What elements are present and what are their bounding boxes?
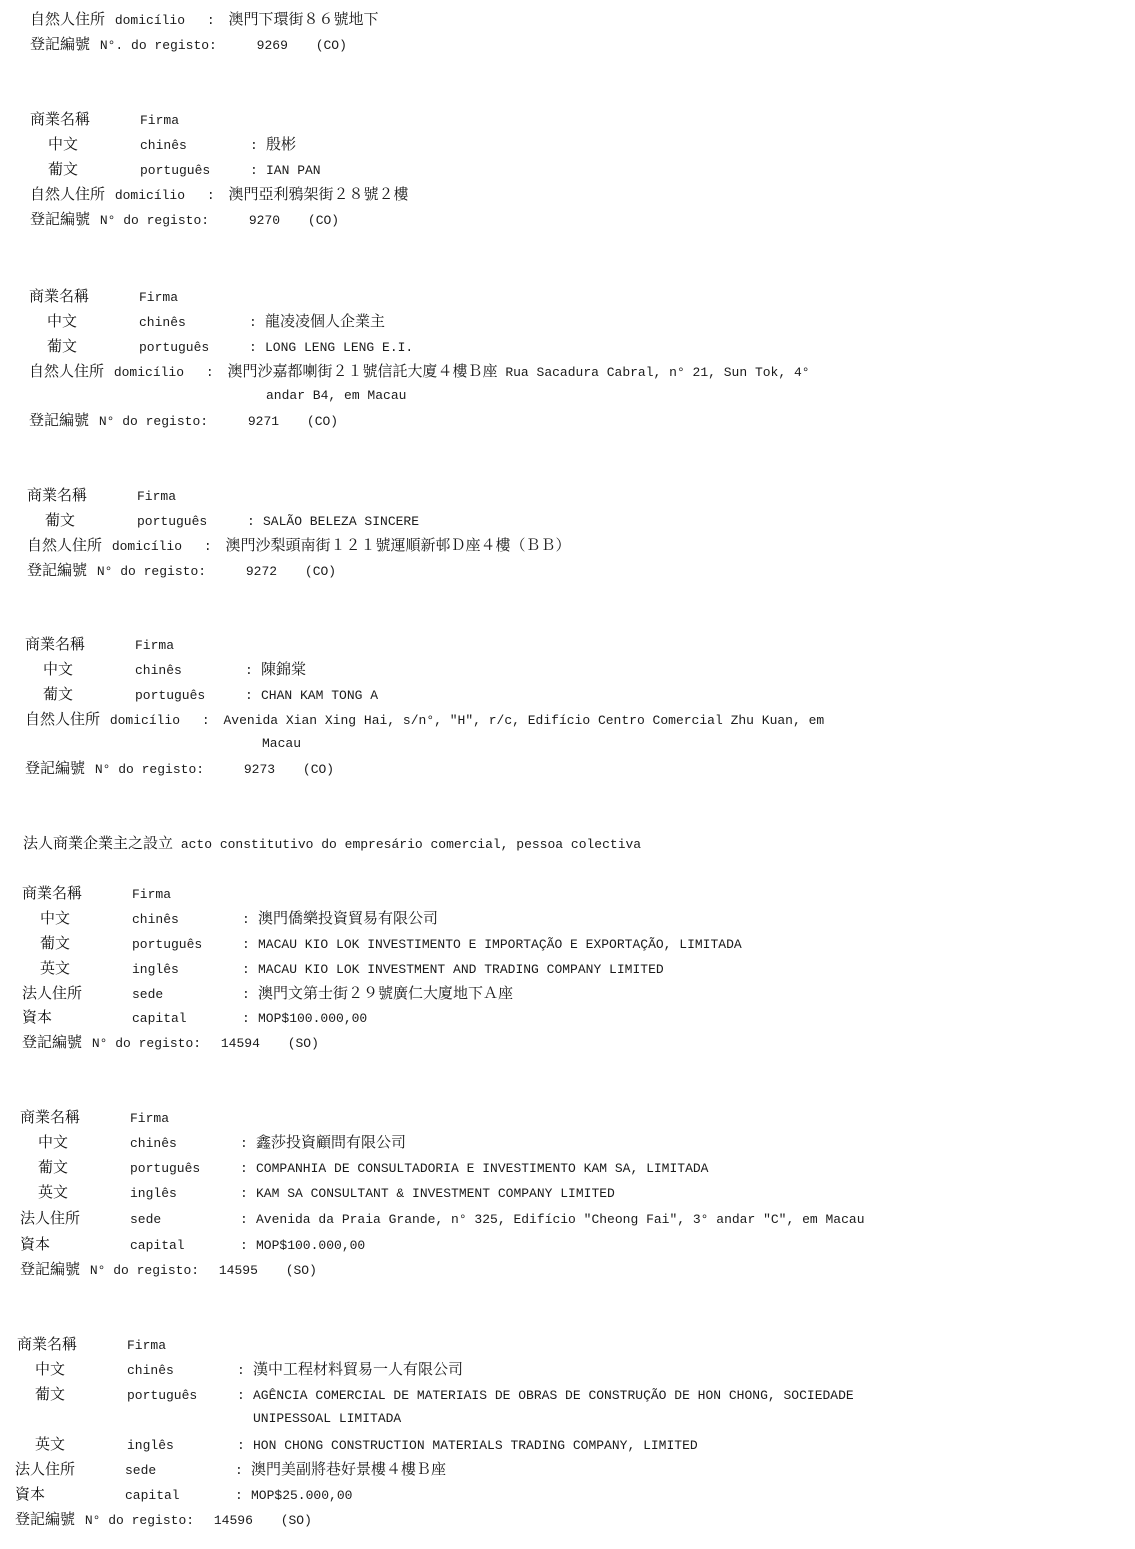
portugues-label-zh: 葡文 — [22, 934, 132, 952]
separator: : — [206, 365, 214, 380]
registo-number: 14596 — [214, 1513, 253, 1528]
ingles-row: 英文inglês:KAM SA CONSULTANT & INVESTMENT … — [20, 1183, 615, 1203]
chines-label-zh: 中文 — [29, 312, 139, 330]
section-heading: 法人商業企業主之設立 acto constitutivo do empresár… — [23, 834, 641, 854]
sede-label-zh: 法人住所 — [22, 984, 132, 1002]
capital-row: 資本capital:MOP$25.000,00 — [15, 1485, 352, 1505]
separator: : — [249, 314, 265, 332]
portugues-label-zh: 葡文 — [30, 160, 140, 178]
domicilio-label-zh: 自然人住所 — [29, 362, 104, 380]
registo-number: 14595 — [219, 1263, 258, 1278]
portugues-label-pt: português — [137, 513, 247, 531]
registo-label-pt: N° do registo: — [100, 213, 209, 228]
chines-label-zh: 中文 — [17, 1360, 127, 1378]
separator: : — [250, 162, 266, 180]
domicilio-label-pt: domicílio — [115, 188, 185, 203]
ingles-label-zh: 英文 — [22, 959, 132, 977]
registo-type: (SO) — [281, 1513, 312, 1528]
portugues-value: COMPANHIA DE CONSULTADORIA E INVESTIMENT… — [256, 1161, 708, 1176]
registo-type: (CO) — [305, 564, 336, 579]
firma-label-zh: 商業名稱 — [29, 287, 139, 305]
domicilio-label-zh: 自然人住所 — [30, 10, 105, 28]
ingles-value: MACAU KIO LOK INVESTMENT AND TRADING COM… — [258, 962, 664, 977]
registo-label-pt: N° do registo: — [95, 762, 204, 777]
firma-label-pt: Firma — [132, 887, 171, 902]
domicilio-value: 澳門下環街８６號地下 — [228, 10, 378, 28]
portugues-row: 葡文português:MACAU KIO LOK INVESTIMENTO E… — [22, 934, 742, 954]
chines-label-pt: chinês — [139, 314, 249, 332]
portugues-label-pt: português — [127, 1387, 237, 1405]
registo-row: 登記編號 N°. do registo: 9269 (CO) — [30, 35, 347, 55]
firma-label-zh: 商業名稱 — [22, 884, 132, 902]
portugues-label-zh: 葡文 — [25, 685, 135, 703]
registo-number: 9273 — [244, 762, 275, 777]
registo-label-zh: 登記編號 — [29, 411, 89, 429]
firma-label-pt: Firma — [135, 638, 174, 653]
chines-row: 中文chinês:龍凌凌個人企業主 — [29, 312, 385, 332]
sede-value: 澳門文第士街２９號廣仁大廈地下Ａ座 — [258, 984, 513, 1002]
sede-row: 法人住所sede:澳門美副將巷好景樓４樓Ｂ座 — [15, 1460, 446, 1480]
ingles-value: KAM SA CONSULTANT & INVESTMENT COMPANY L… — [256, 1186, 615, 1201]
separator: : — [207, 188, 215, 203]
domicilio-value-zh: 澳門沙嘉都喇街２１號信託大廈４樓Ｂ座 — [227, 362, 497, 380]
portugues-label-zh: 葡文 — [20, 1158, 130, 1176]
portugues-value: CHAN KAM TONG A — [261, 688, 378, 703]
ingles-label-pt: inglês — [127, 1437, 237, 1455]
capital-value: MOP$100.000,00 — [256, 1238, 365, 1253]
firma-row: 商業名稱Firma — [27, 486, 176, 506]
registo-number: 9272 — [246, 564, 277, 579]
portugues-row: 葡文português:IAN PAN — [30, 160, 321, 180]
registo-label-pt: N° do registo: — [85, 1513, 194, 1528]
registo-type: (CO) — [307, 414, 338, 429]
firma-row: 商業名稱Firma — [22, 884, 171, 904]
chines-row: 中文chinês:漢中工程材料貿易一人有限公司 — [17, 1360, 463, 1380]
portugues-row: 葡文português:LONG LENG LENG E.I. — [29, 337, 413, 357]
registo-label-pt: N° do registo: — [99, 414, 208, 429]
separator: : — [204, 539, 212, 554]
domicilio-value: Avenida Xian Xing Hai, s/n°, "H", r/c, E… — [223, 713, 824, 728]
chines-label-pt: chinês — [140, 137, 250, 155]
portugues-label-pt: português — [132, 936, 242, 954]
sede-label-pt: sede — [130, 1211, 240, 1229]
ingles-label-pt: inglês — [132, 961, 242, 979]
sede-label-pt: sede — [125, 1462, 235, 1480]
domicilio-label-pt: domicílio — [112, 539, 182, 554]
separator: : — [202, 713, 210, 728]
domicilio-value-pt: Rua Sacadura Cabral, n° 21, Sun Tok, 4° — [505, 365, 809, 380]
separator: : — [249, 339, 265, 357]
registo-number: 9270 — [249, 213, 280, 228]
registo-type: (CO) — [308, 213, 339, 228]
separator: : — [245, 687, 261, 705]
separator: : — [240, 1237, 256, 1255]
separator: : — [237, 1362, 253, 1380]
ingles-row: 英文inglês:MACAU KIO LOK INVESTMENT AND TR… — [22, 959, 664, 979]
registo-label-pt: N° do registo: — [90, 1263, 199, 1278]
registo-label-zh: 登記編號 — [30, 210, 90, 228]
chines-label-zh: 中文 — [30, 135, 140, 153]
portugues-value: AGÊNCIA COMERCIAL DE MATERIAIS DE OBRAS … — [253, 1388, 854, 1403]
ingles-label-zh: 英文 — [17, 1435, 127, 1453]
registo-type: (CO) — [316, 38, 347, 53]
registo-number: 9271 — [248, 414, 279, 429]
chines-value: 龍凌凌個人企業主 — [265, 312, 385, 330]
registo-row: 登記編號 N° do registo: 14595 (SO) — [20, 1260, 317, 1280]
chines-label-pt: chinês — [127, 1362, 237, 1380]
registo-type: (CO) — [303, 762, 334, 777]
domicilio-row: 自然人住所 domicílio : 澳門沙嘉都喇街２１號信託大廈４樓Ｂ座 Rua… — [29, 362, 810, 382]
domicilio-label-zh: 自然人住所 — [30, 185, 105, 203]
domicilio-label-pt: domicílio — [114, 365, 184, 380]
registo-row: 登記編號 N° do registo: 9273 (CO) — [25, 759, 334, 779]
domicilio-label-pt: domicílio — [115, 13, 185, 28]
domicilio-continuation: Macau — [262, 735, 301, 753]
domicilio-label-zh: 自然人住所 — [27, 536, 102, 554]
portugues-value: SALÃO BELEZA SINCERE — [263, 514, 419, 529]
firma-row: 商業名稱Firma — [30, 110, 179, 130]
portugues-value: MACAU KIO LOK INVESTIMENTO E IMPORTAÇÃO … — [258, 937, 742, 952]
portugues-label-zh: 葡文 — [29, 337, 139, 355]
firma-row: 商業名稱Firma — [29, 287, 178, 307]
sede-row: 法人住所sede:Avenida da Praia Grande, n° 325… — [20, 1209, 865, 1229]
firma-label-zh: 商業名稱 — [20, 1108, 130, 1126]
sede-value: 澳門美副將巷好景樓４樓Ｂ座 — [251, 1460, 446, 1478]
registo-row: 登記編號 N° do registo: 14594 (SO) — [22, 1033, 319, 1053]
domicilio-label-pt: domicílio — [110, 713, 180, 728]
firma-label-pt: Firma — [137, 489, 176, 504]
separator: : — [237, 1437, 253, 1455]
ingles-row: 英文inglês:HON CHONG CONSTRUCTION MATERIAL… — [17, 1435, 698, 1455]
chines-value: 殷彬 — [266, 135, 296, 153]
registo-type: (SO) — [288, 1036, 319, 1051]
firma-label-zh: 商業名稱 — [27, 486, 137, 504]
portugues-row: 葡文português:SALÃO BELEZA SINCERE — [27, 511, 419, 531]
registo-row: 登記編號 N° do registo: 9272 (CO) — [27, 561, 336, 581]
firma-row: 商業名稱Firma — [17, 1335, 166, 1355]
separator: : — [240, 1135, 256, 1153]
separator: : — [245, 662, 261, 680]
chines-row: 中文chinês:陳錦棠 — [25, 660, 306, 680]
firma-label-pt: Firma — [140, 113, 179, 128]
portugues-label-pt: português — [135, 687, 245, 705]
domicilio-value: 澳門亞利鴉架街２８號２樓 — [228, 185, 408, 203]
portugues-value: IAN PAN — [266, 163, 321, 178]
chines-label-zh: 中文 — [25, 660, 135, 678]
registo-row: 登記編號 N° do registo: 14596 (SO) — [15, 1510, 312, 1530]
chines-label-zh: 中文 — [20, 1133, 130, 1151]
capital-label-pt: capital — [125, 1487, 235, 1505]
portugues-row: 葡文português:CHAN KAM TONG A — [25, 685, 378, 705]
portugues-label-pt: português — [139, 339, 249, 357]
separator: : — [242, 911, 258, 929]
registo-label-zh: 登記編號 — [25, 759, 85, 777]
capital-label-pt: capital — [132, 1010, 242, 1028]
registo-label-pt: N°. do registo: — [100, 38, 217, 53]
registo-label-zh: 登記編號 — [22, 1033, 82, 1051]
domicilio-continuation: andar B4, em Macau — [266, 387, 406, 405]
registo-row: 登記編號 N° do registo: 9271 (CO) — [29, 411, 338, 431]
chines-label-pt: chinês — [132, 911, 242, 929]
chines-label-pt: chinês — [130, 1135, 240, 1153]
separator: : — [250, 137, 266, 155]
separator: : — [235, 1487, 251, 1505]
capital-label-pt: capital — [130, 1237, 240, 1255]
portugues-row: 葡文português:COMPANHIA DE CONSULTADORIA E… — [20, 1158, 708, 1178]
separator: : — [242, 1010, 258, 1028]
chines-row: 中文chinês:澳門僑樂投資貿易有限公司 — [22, 909, 438, 929]
separator: : — [237, 1387, 253, 1405]
registo-label-zh: 登記編號 — [27, 561, 87, 579]
portugues-label-zh: 葡文 — [17, 1385, 127, 1403]
portugues-label-zh: 葡文 — [27, 511, 137, 529]
domicilio-row: 自然人住所 domicílio : 澳門亞利鴉架街２８號２樓 — [30, 185, 409, 205]
capital-value: MOP$25.000,00 — [251, 1488, 352, 1503]
separator: : — [240, 1211, 256, 1229]
capital-label-zh: 資本 — [22, 1008, 132, 1026]
chines-label-zh: 中文 — [22, 909, 132, 927]
firma-label-zh: 商業名稱 — [30, 110, 140, 128]
domicilio-row: 自然人住所 domicílio : 澳門下環街８６號地下 — [30, 10, 379, 30]
separator: : — [240, 1160, 256, 1178]
firma-label-pt: Firma — [130, 1111, 169, 1126]
capital-row: 資本capital:MOP$100.000,00 — [20, 1235, 365, 1255]
chines-label-pt: chinês — [135, 662, 245, 680]
section-heading-zh: 法人商業企業主之設立 — [23, 834, 173, 852]
chines-value: 澳門僑樂投資貿易有限公司 — [258, 909, 438, 927]
firma-label-pt: Firma — [127, 1338, 166, 1353]
firma-row: 商業名稱Firma — [25, 635, 174, 655]
registo-label-pt: N° do registo: — [97, 564, 206, 579]
registo-type: (SO) — [286, 1263, 317, 1278]
firma-label-pt: Firma — [139, 290, 178, 305]
firma-label-zh: 商業名稱 — [17, 1335, 127, 1353]
ingles-value: HON CHONG CONSTRUCTION MATERIALS TRADING… — [253, 1438, 698, 1453]
sede-label-zh: 法人住所 — [15, 1460, 125, 1478]
portugues-label-pt: português — [130, 1160, 240, 1178]
separator: : — [235, 1462, 251, 1480]
chines-value: 陳錦棠 — [261, 660, 306, 678]
ingles-label-pt: inglês — [130, 1185, 240, 1203]
domicilio-row: 自然人住所 domicílio : 澳門沙梨頭南街１２１號運順新邨Ｄ座４樓（ＢＢ… — [27, 536, 571, 556]
capital-label-zh: 資本 — [15, 1485, 125, 1503]
chines-value: 漢中工程材料貿易一人有限公司 — [253, 1360, 463, 1378]
registo-row: 登記編號 N° do registo: 9270 (CO) — [30, 210, 339, 230]
separator: : — [240, 1185, 256, 1203]
separator: : — [242, 936, 258, 954]
chines-row: 中文chinês:殷彬 — [30, 135, 296, 155]
chines-row: 中文chinês:鑫莎投資顧問有限公司 — [20, 1133, 406, 1153]
domicilio-value: 澳門沙梨頭南街１２１號運順新邨Ｄ座４樓（ＢＢ） — [225, 536, 570, 554]
sede-value: Avenida da Praia Grande, n° 325, Edifíci… — [256, 1212, 865, 1227]
sede-row: 法人住所sede:澳門文第士街２９號廣仁大廈地下Ａ座 — [22, 984, 513, 1004]
capital-label-zh: 資本 — [20, 1235, 130, 1253]
capital-value: MOP$100.000,00 — [258, 1011, 367, 1026]
ingles-label-zh: 英文 — [20, 1183, 130, 1201]
capital-row: 資本capital:MOP$100.000,00 — [22, 1008, 367, 1028]
portugues-row: 葡文português:AGÊNCIA COMERCIAL DE MATERIA… — [17, 1385, 854, 1405]
portugues-value: LONG LENG LENG E.I. — [265, 340, 413, 355]
registo-number: 14594 — [221, 1036, 260, 1051]
separator: : — [207, 13, 215, 28]
portugues-label-pt: português — [140, 162, 250, 180]
firma-row: 商業名稱Firma — [20, 1108, 169, 1128]
registo-label-pt: N° do registo: — [92, 1036, 201, 1051]
chines-value: 鑫莎投資顧問有限公司 — [256, 1133, 406, 1151]
registo-label-zh: 登記編號 — [30, 35, 90, 53]
section-heading-pt: acto constitutivo do empresário comercia… — [181, 837, 641, 852]
sede-label-pt: sede — [132, 986, 242, 1004]
registo-number: 9269 — [257, 38, 288, 53]
registo-label-zh: 登記編號 — [20, 1260, 80, 1278]
registo-label-zh: 登記編號 — [15, 1510, 75, 1528]
domicilio-row: 自然人住所 domicílio : Avenida Xian Xing Hai,… — [25, 710, 824, 730]
separator: : — [247, 513, 263, 531]
portugues-continuation: UNIPESSOAL LIMITADA — [253, 1410, 401, 1428]
firma-label-zh: 商業名稱 — [25, 635, 135, 653]
separator: : — [242, 961, 258, 979]
domicilio-label-zh: 自然人住所 — [25, 710, 100, 728]
sede-label-zh: 法人住所 — [20, 1209, 130, 1227]
separator: : — [242, 986, 258, 1004]
